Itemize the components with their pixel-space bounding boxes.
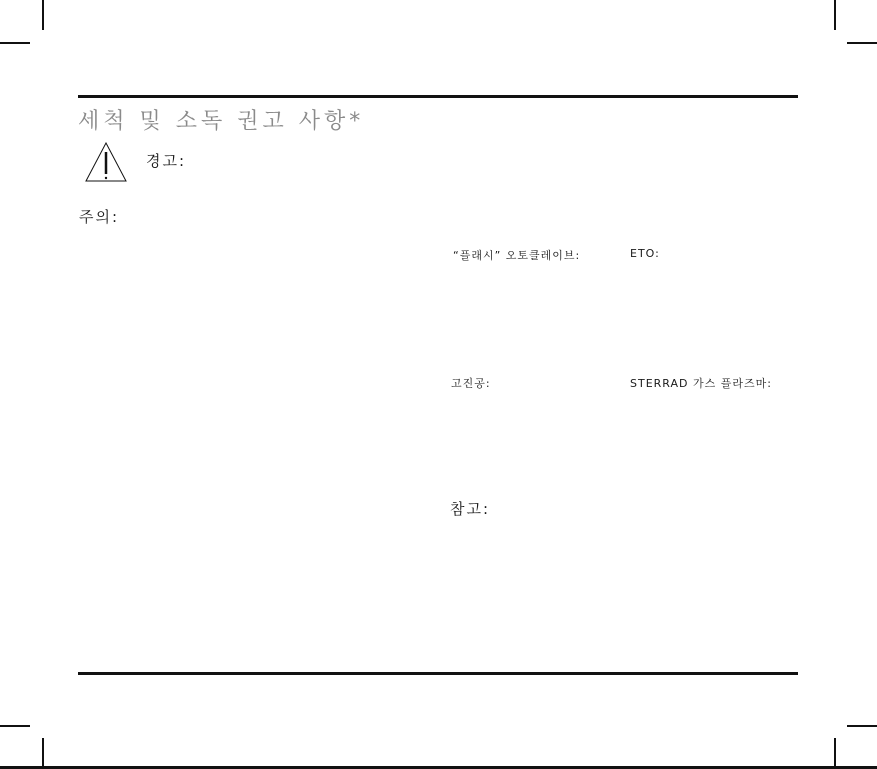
- crop-mark-bottom-left-v: [42, 738, 44, 769]
- crop-mark-bottom-right-h: [847, 725, 877, 727]
- warning-label: 경고:: [146, 150, 186, 171]
- top-rule: [78, 95, 798, 98]
- bottom-rule: [78, 672, 798, 675]
- method-sterrad-plasma: STERRAD 가스 플라즈마:: [630, 375, 772, 391]
- warning-triangle-icon: [85, 142, 127, 182]
- crop-mark-top-right-h: [847, 42, 877, 44]
- crop-mark-top-left-h: [0, 42, 30, 44]
- crop-mark-top-left-v: [42, 0, 44, 30]
- method-high-vacuum: 고진공:: [451, 375, 491, 391]
- method-eto: ETO:: [630, 247, 660, 260]
- crop-mark-bottom-left-h: [0, 725, 30, 727]
- crop-mark-top-right-v: [834, 0, 836, 30]
- page-title: 세척 및 소독 권고 사항*: [78, 104, 364, 135]
- crop-mark-bottom-right-v: [834, 738, 836, 769]
- caution-label: 주의:: [79, 206, 119, 227]
- note-label: 참고:: [450, 498, 490, 519]
- method-flash-autoclave: “플래시” 오토클레이브:: [453, 247, 580, 263]
